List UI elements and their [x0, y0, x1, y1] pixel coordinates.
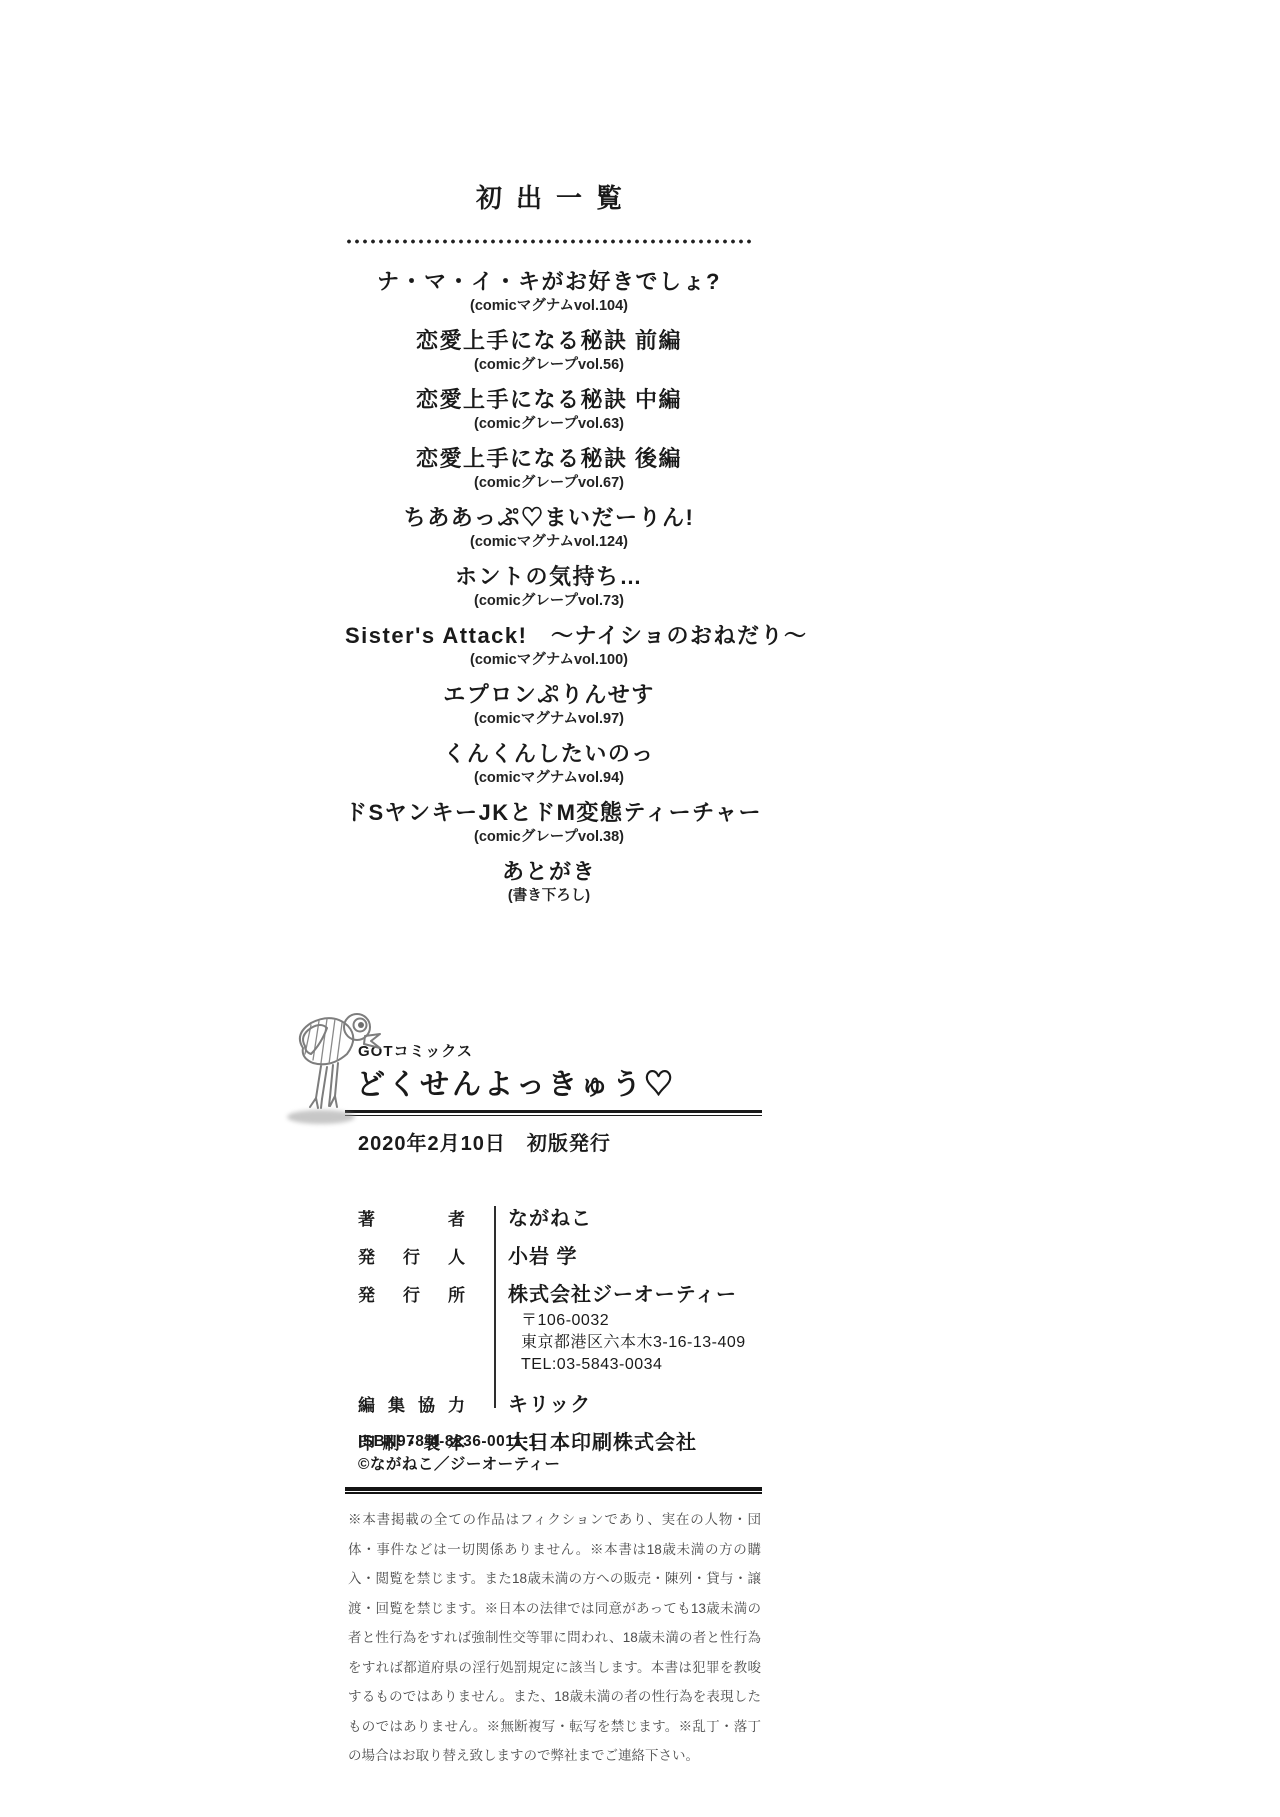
- work-title: ホントの気持ち…: [345, 563, 753, 590]
- credit-label: 発行所: [358, 1278, 466, 1306]
- credit-value: キリック: [508, 1388, 591, 1417]
- work-source: (comicマグナムvol.100): [345, 650, 753, 670]
- credits-table: 著者 ながねこ 発行人 小岩 学 発行所 株式会社ジーオーティー 〒106-00…: [358, 1202, 762, 1464]
- book-title: どくせんよっきゅう♡: [356, 1062, 762, 1103]
- postal-code: 〒106-0032: [521, 1310, 746, 1332]
- table-row: 発行所 株式会社ジーオーティー 〒106-0032 東京都港区六本木3-16-1…: [358, 1278, 762, 1376]
- work-source: (comicグレープvol.67): [345, 473, 753, 493]
- list-item: くんくんしたいのっ (comicマグナムvol.94): [345, 740, 753, 799]
- credit-label: 発行人: [358, 1240, 466, 1268]
- list-item: ナ・マ・イ・キがお好きでしょ? (comicマグナムvol.104): [345, 268, 753, 327]
- phone-line: TEL:03-5843-0034: [521, 1354, 746, 1376]
- work-title: エプロンぷりんせす: [345, 681, 753, 708]
- page-title: 初出一覧: [345, 178, 753, 215]
- credit-label: 著者: [358, 1202, 466, 1230]
- disclaimer-text: ※本書掲載の全ての作品はフィクションであり、実在の人物・団体・事件などは一切関係…: [348, 1505, 761, 1771]
- work-title: あとがき: [345, 858, 753, 885]
- isbn-block: ISBN978-4-8236-0011-1 ©ながねこ／ジーオーティー: [358, 1430, 560, 1476]
- bird-icon: [281, 1010, 381, 1130]
- table-row: 著者 ながねこ: [358, 1202, 762, 1231]
- list-item: あとがき (書き下ろし): [345, 858, 753, 917]
- work-title: 恋愛上手になる秘訣 後編: [345, 445, 753, 472]
- work-title: ちああっぷ♡まいだーりん!: [345, 504, 753, 531]
- heavy-divider-rule: [345, 1487, 762, 1494]
- isbn-text: ISBN978-4-8236-0011-1: [358, 1430, 560, 1453]
- colophon-page: 初出一覧 ナ・マ・イ・キがお好きでしょ? (comicマグナムvol.104) …: [0, 0, 1280, 1817]
- work-source: (comicグレープvol.38): [345, 827, 753, 847]
- work-title: ドSヤンキーJKとドM変態ティーチャー: [345, 799, 753, 826]
- colophon-section: GOTコミックス どくせんよっきゅう♡ 2020年2月10日 初版発行: [345, 1040, 762, 1156]
- first-publication-section: 初出一覧 ナ・マ・イ・キがお好きでしょ? (comicマグナムvol.104) …: [345, 178, 753, 917]
- list-item: ドSヤンキーJKとドM変態ティーチャー (comicグレープvol.38): [345, 799, 753, 858]
- work-source: (comicマグナムvol.97): [345, 709, 753, 729]
- work-source: (comicグレープvol.73): [345, 591, 753, 611]
- title-double-rule: [345, 1110, 762, 1116]
- work-title: ナ・マ・イ・キがお好きでしょ?: [345, 268, 753, 295]
- list-item: 恋愛上手になる秘訣 前編 (comicグレープvol.56): [345, 327, 753, 386]
- credits-vertical-divider: [494, 1206, 496, 1408]
- table-row: 編集協力 キリック: [358, 1388, 762, 1417]
- bird-doodle-illustration: [281, 1010, 381, 1130]
- work-title: Sister's Attack! ～ナイショのおねだり～: [345, 622, 753, 649]
- table-row: 発行人 小岩 学: [358, 1240, 762, 1269]
- list-item: Sister's Attack! ～ナイショのおねだり～ (comicマグナムv…: [345, 622, 753, 681]
- edition-date: 2020年2月10日 初版発行: [358, 1127, 762, 1156]
- credit-label: 編集協力: [358, 1388, 466, 1416]
- list-item: 恋愛上手になる秘訣 中編 (comicグレープvol.63): [345, 386, 753, 445]
- copyright-text: ©ながねこ／ジーオーティー: [358, 1453, 560, 1476]
- list-item: エプロンぷりんせす (comicマグナムvol.97): [345, 681, 753, 740]
- work-source: (comicグレープvol.56): [345, 355, 753, 375]
- publisher-name: 株式会社ジーオーティー: [508, 1278, 746, 1307]
- list-item: 恋愛上手になる秘訣 後編 (comicグレープvol.67): [345, 445, 753, 504]
- list-item: ホントの気持ち… (comicグレープvol.73): [345, 563, 753, 622]
- work-source: (comicマグナムvol.124): [345, 532, 753, 552]
- dotted-divider: [345, 239, 753, 244]
- work-title: くんくんしたいのっ: [345, 740, 753, 767]
- work-source: (comicマグナムvol.104): [345, 296, 753, 316]
- address-line: 東京都港区六本木3-16-13-409: [521, 1332, 746, 1354]
- credit-value: 株式会社ジーオーティー 〒106-0032 東京都港区六本木3-16-13-40…: [508, 1278, 746, 1376]
- work-source: (書き下ろし): [345, 886, 753, 906]
- publisher-address: 〒106-0032 東京都港区六本木3-16-13-409 TEL:03-584…: [508, 1310, 746, 1376]
- work-source: (comicグレープvol.63): [345, 414, 753, 434]
- credit-value: 小岩 学: [508, 1240, 578, 1269]
- list-item: ちああっぷ♡まいだーりん! (comicマグナムvol.124): [345, 504, 753, 563]
- credit-value: ながねこ: [508, 1202, 592, 1231]
- work-title: 恋愛上手になる秘訣 前編: [345, 327, 753, 354]
- imprint-label: GOTコミックス: [358, 1040, 762, 1061]
- works-list: ナ・マ・イ・キがお好きでしょ? (comicマグナムvol.104) 恋愛上手に…: [345, 268, 753, 917]
- work-title: 恋愛上手になる秘訣 中編: [345, 386, 753, 413]
- work-source: (comicマグナムvol.94): [345, 768, 753, 788]
